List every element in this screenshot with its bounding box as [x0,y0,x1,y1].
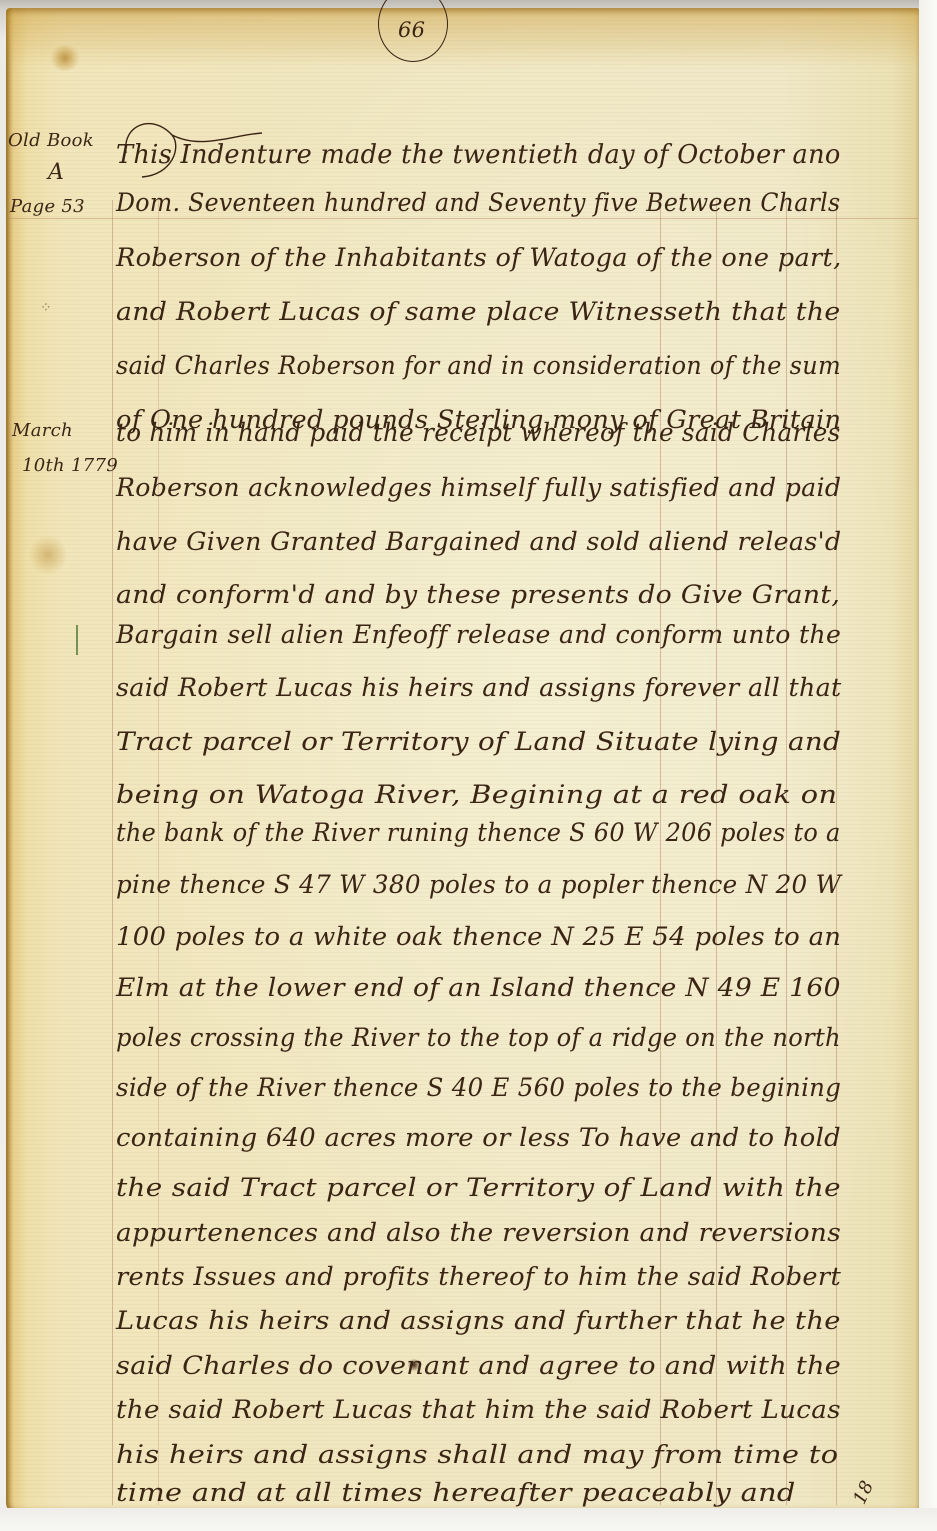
margin-page-ref: Page 53 [10,196,85,217]
deed-line: the said Robert Lucas that him the said … [116,1395,841,1424]
margin-record-date: 10th 1779 [22,455,118,476]
page-bottom-edge [0,1508,937,1531]
margin-tick-mark [76,625,78,655]
deed-line: poles crossing the River to the top of a… [116,1023,841,1052]
margin-record-month: March [12,420,73,441]
margin-rule [112,200,113,1505]
deed-line: side of the River thence S 40 E 560 pole… [116,1073,841,1102]
deed-line: containing 640 acres more or less To hav… [116,1123,841,1152]
margin-book-letter: A [48,160,64,185]
deed-line: Bargain sell alien Enfeoff release and c… [116,620,841,649]
page-number: 66 [398,18,425,42]
deed-line: Dom. Seventeen hundred and Seventy five … [116,188,840,217]
deed-line: Roberson of the Inhabitants of Watoga of… [116,243,842,272]
deed-line: his heirs and assigns shall and may from… [116,1440,838,1469]
page-right-edge [919,0,937,1531]
margin-old-book: Old Book [8,130,94,151]
deed-line: time and at all times hereafter peaceabl… [116,1478,796,1507]
foxing-stain [30,535,66,575]
foxing-stain [50,45,80,71]
deed-line: and Robert Lucas of same place Witnesset… [116,297,841,326]
deed-line: rents Issues and profits thereof to him … [116,1262,841,1291]
deed-line: to him in hand paid the receipt whereof … [116,418,841,447]
deed-line: said Charles Roberson for and in conside… [116,351,841,380]
deed-line: appurtenences and also the reversion and… [116,1218,841,1247]
deed-line: the said Tract parcel or Territory of La… [116,1173,841,1202]
deed-line: This Indenture made the twentieth day of… [116,140,841,170]
deed-line: Roberson acknowledges himself fully sati… [116,473,841,502]
deed-line: pine thence S 47 W 380 poles to a popler… [116,870,841,899]
deed-line: Lucas his heirs and assigns and further … [116,1306,841,1335]
header-rule [8,218,918,219]
deed-line: 100 poles to a white oak thence N 25 E 5… [116,922,841,951]
deed-line: said Robert Lucas his heirs and assigns … [116,673,841,702]
deed-line: Tract parcel or Territory of Land Situat… [116,727,841,756]
deed-line: being on Watoga River, Begining at a red… [116,780,837,809]
deed-line: have Given Granted Bargained and sold al… [116,527,841,556]
deed-line: the bank of the River runing thence S 60… [116,818,841,847]
deed-line: Elm at the lower end of an Island thence… [116,973,841,1002]
deed-line: said Charles do covenant and agree to an… [116,1351,841,1380]
margin-smudge: ⁘ [40,300,52,317]
deed-line: and conform'd and by these presents do G… [116,580,840,609]
